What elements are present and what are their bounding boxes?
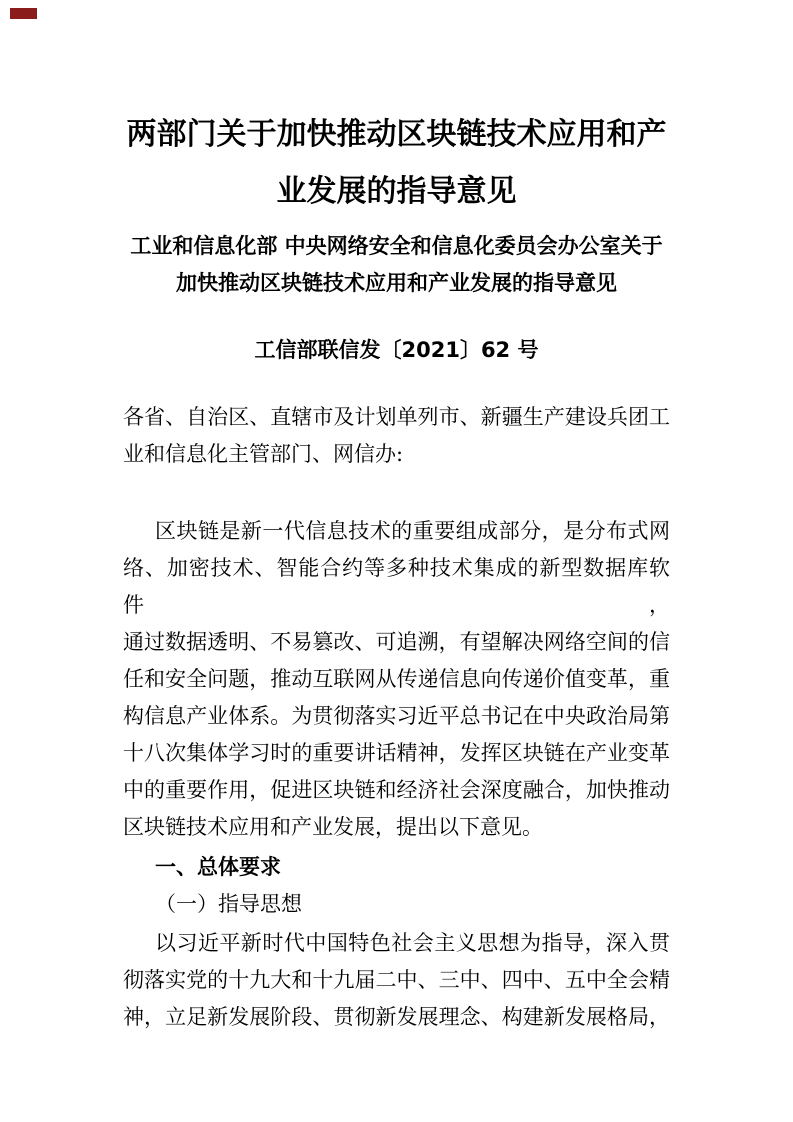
paragraph-line: 神，立足新发展阶段、贯彻新发展理念、构建新发展格局， [123,999,670,1036]
document-subtitle-line1: 工业和信息化部 中央网络安全和信息化委员会办公室关于 [123,228,670,265]
document-title-line2: 业发展的指导意见 [123,163,670,220]
paragraph-guiding-ideology: 以习近平新时代中国特色社会主义思想为指导，深入贯 彻落实党的十九大和十九届二中、… [123,925,670,1036]
document-number: 工信部联信发〔2021〕62 号 [123,332,670,369]
document-title: 两部门关于加快推动区块链技术应用和产 业发展的指导意见 [123,0,670,220]
paragraph-line: 彻落实党的十九大和十九届二中、三中、四中、五中全会精 [123,962,670,999]
paragraph-line: 区块链技术应用和产业发展，提出以下意见。 [123,809,670,846]
salutation-line: 各省、自治区、直辖市及计划单列市、新疆生产建设兵团工 [123,399,670,436]
document-page: 两部门关于加快推动区块链技术应用和产 业发展的指导意见 工业和信息化部 中央网络… [0,0,793,1122]
salutation: 各省、自治区、直辖市及计划单列市、新疆生产建设兵团工 业和信息化主管部门、网信办… [123,399,670,473]
document-subtitle: 工业和信息化部 中央网络安全和信息化委员会办公室关于 加快推动区块链技术应用和产… [123,228,670,302]
corner-mark [10,8,37,19]
paragraph-line: 构信息产业体系。为贯彻落实习近平总书记在中央政治局第 [123,698,670,735]
salutation-line: 业和信息化主管部门、网信办: [123,436,670,473]
paragraph-blockchain-intro: 区块链是新一代信息技术的重要组成部分，是分布式网 络、加密技术、智能合约等多种技… [123,513,670,846]
paragraph-line: 通过数据透明、不易篡改、可追溯，有望解决网络空间的信 [123,624,670,661]
paragraph-line: 十八次集体学习时的重要讲话精神，发挥区块链在产业变革 [123,735,670,772]
document-content: 两部门关于加快推动区块链技术应用和产 业发展的指导意见 工业和信息化部 中央网络… [123,0,670,1036]
document-subtitle-line2: 加快推动区块链技术应用和产业发展的指导意见 [123,265,670,302]
subsection-heading-guiding-ideology: （一）指导思想 [123,886,670,923]
paragraph-line: 络、加密技术、智能合约等多种技术集成的新型数据库软件， [123,550,670,624]
paragraph-line: 中的重要作用，促进区块链和经济社会深度融合，加快推动 [123,772,670,809]
paragraph-line: 区块链是新一代信息技术的重要组成部分，是分布式网 [123,513,670,550]
paragraph-line: 以习近平新时代中国特色社会主义思想为指导，深入贯 [123,925,670,962]
section-heading-overall-requirements: 一、总体要求 [123,849,670,886]
document-title-line1: 两部门关于加快推动区块链技术应用和产 [123,106,670,163]
paragraph-line: 任和安全问题，推动互联网从传递信息向传递价值变革，重 [123,661,670,698]
